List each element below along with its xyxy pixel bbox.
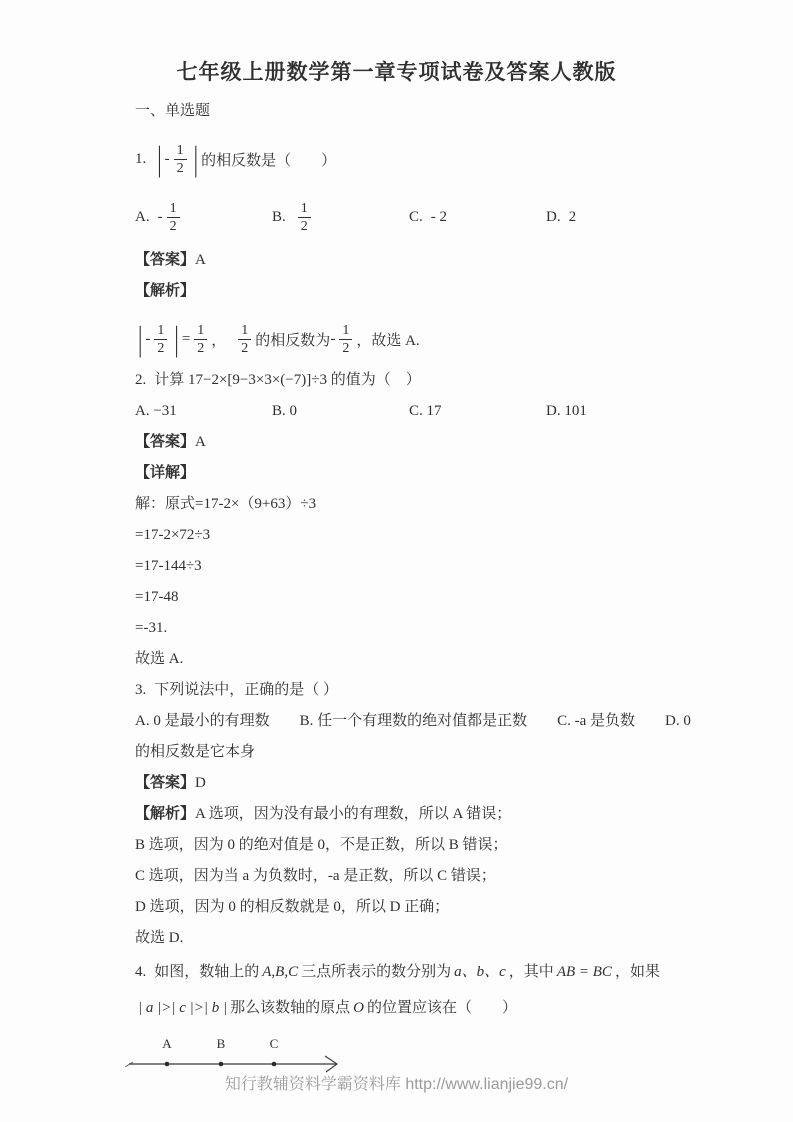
- option-b: B. 0: [272, 403, 409, 420]
- document-body: 一、单选题 1. | - 12 | 的相反数是（ ） A. - 12 B. 12…: [0, 101, 793, 1082]
- analysis-line: D 选项，因为 0 的相反数就是 0，所以 D 正确；: [135, 897, 705, 917]
- solution-line: =-31.: [135, 618, 705, 638]
- answer-value: A: [195, 252, 206, 268]
- option-label: A.: [135, 209, 150, 226]
- math-points: A,B,C: [262, 964, 298, 980]
- option-a: A. - 12: [135, 201, 272, 234]
- solution-line: =17-48: [135, 587, 705, 607]
- option-c: C. - 2: [409, 209, 546, 226]
- fraction-one-half: 12: [154, 323, 167, 356]
- document-page: 七年级上册数学第一章专项试卷及答案人教版 一、单选题 1. | - 12 | 的…: [0, 0, 793, 1122]
- solution-line: 解：原式=17-2×（9+63）÷3: [135, 494, 705, 514]
- explanation-text: 的相反数为: [255, 329, 330, 350]
- option-text: A. −31: [135, 403, 177, 420]
- question-number: 2.: [135, 372, 146, 388]
- detail-label: 【详解】: [135, 465, 195, 481]
- solution-line: =17-144÷3: [135, 556, 705, 576]
- watermark-footer: 知行教辅资料学霸资料库 http://www.lianjie99.cn/: [0, 1071, 793, 1094]
- question-1-stem: 1. | - 12 | 的相反数是（ ）: [135, 132, 705, 186]
- math-origin: O: [353, 1000, 364, 1016]
- explanation-text: ，故选 A.: [356, 329, 419, 350]
- question-number: 1.: [135, 151, 146, 168]
- stem-text: 的位置应该在（ ）: [367, 1000, 517, 1016]
- stem-text: 下列说法中，正确的是（ ）: [154, 682, 338, 698]
- answer-label: 【答案】: [135, 252, 195, 268]
- stem-text: 计算 17−2×[9−3×3×(−7)]÷3 的值为（ ）: [154, 372, 420, 388]
- solution-line: =17-2×72÷3: [135, 525, 705, 545]
- question-1-answer: 【答案】A: [135, 250, 705, 270]
- analysis-line: 故选 D.: [135, 928, 705, 948]
- analysis-line: B 选项，因为 0 的绝对值是 0，不是正数，所以 B 错误；: [135, 835, 705, 855]
- stem-text: 的相反数是（ ）: [201, 149, 336, 170]
- option-text: 2: [569, 209, 577, 226]
- question-1-explanation: | - 12 | = 12 ， 12 的相反数为 - 12 ，故选 A.: [135, 312, 705, 366]
- solution-line: 故选 A.: [135, 649, 705, 669]
- question-3-answer: 【答案】D: [135, 773, 705, 793]
- answer-label: 【答案】: [135, 775, 195, 791]
- analysis-label: 【解析】: [135, 283, 195, 299]
- point-dot-a: [165, 1062, 170, 1067]
- answer-value: A: [195, 434, 206, 450]
- question-1-analysis-label: 【解析】: [135, 281, 705, 301]
- page-title: 七年级上册数学第一章专项试卷及答案人教版: [0, 0, 793, 86]
- option-label: B.: [272, 209, 286, 226]
- option-label: C.: [409, 209, 423, 226]
- question-1-options: A. - 12 B. 12 C. - 2 D. 2: [135, 190, 705, 244]
- analysis-label: 【解析】: [135, 806, 195, 822]
- question-3-analysis-line1: 【解析】A 选项，因为没有最小的有理数，所以 A 错误；: [135, 804, 705, 824]
- question-4-stem-line2: | a |>| c |>| b |那么该数轴的原点O的位置应该在（ ）: [135, 995, 705, 1021]
- stem-text: 如图，数轴上的: [154, 964, 259, 980]
- point-dot-b: [219, 1062, 224, 1067]
- question-2-options: A. −31 B. 0 C. 17 D. 101: [135, 401, 705, 421]
- fraction-one-half: 12: [167, 201, 180, 234]
- answer-label: 【答案】: [135, 434, 195, 450]
- question-2-stem: 2.计算 17−2×[9−3×3×(−7)]÷3 的值为（ ）: [135, 370, 705, 390]
- abs-bar: |: [138, 318, 142, 360]
- minus-sign: -: [158, 209, 163, 226]
- option-text: C. 17: [409, 403, 442, 420]
- option-text: B. 0: [272, 403, 297, 420]
- point-label-b: B: [217, 1036, 226, 1051]
- fraction-one-half: 12: [238, 323, 251, 356]
- section-heading: 一、单选题: [135, 101, 705, 121]
- comma: ，: [211, 329, 226, 350]
- question-4-stem-line1: 4.如图，数轴上的A,B,C三点所表示的数分别为a、b、c，其中AB = BC，…: [135, 959, 705, 985]
- minus-sign: -: [330, 331, 335, 348]
- question-2-answer: 【答案】A: [135, 432, 705, 452]
- question-number: 4.: [135, 964, 146, 980]
- abs-bar: |: [194, 138, 198, 180]
- question-number: 3.: [135, 682, 146, 698]
- abs-bar: |: [157, 138, 161, 180]
- option-d: D. 101: [546, 403, 587, 420]
- fraction-one-half: 12: [339, 323, 352, 356]
- math-equation: AB = BC: [557, 964, 612, 980]
- option-d: D. 2: [546, 209, 576, 226]
- stem-text: ，如果: [615, 964, 660, 980]
- point-dot-c: [272, 1062, 277, 1067]
- minus-sign: -: [145, 331, 150, 348]
- analysis-text: A 选项，因为没有最小的有理数，所以 A 错误；: [195, 806, 511, 822]
- option-c: C. 17: [409, 403, 546, 420]
- option-text: D. 101: [546, 403, 587, 420]
- question-3-options-line1: A. 0 是最小的有理数 B. 任一个有理数的绝对值都是正数 C. -a 是负数…: [135, 711, 705, 731]
- fraction-one-half: 12: [174, 143, 187, 176]
- option-a: A. −31: [135, 403, 272, 420]
- question-3-options-line2: 的相反数是它本身: [135, 742, 705, 762]
- fraction-one-half: 12: [298, 201, 311, 234]
- question-2-detail-label: 【详解】: [135, 463, 705, 483]
- math-inequality: | a |>| c |>| b |: [138, 1000, 227, 1016]
- abs-bar: |: [174, 318, 178, 360]
- answer-value: D: [195, 775, 206, 791]
- stem-text: 那么该数轴的原点: [230, 1000, 350, 1016]
- point-label-c: C: [270, 1036, 279, 1051]
- minus-sign: -: [165, 151, 170, 168]
- point-label-a: A: [162, 1036, 172, 1051]
- question-3-stem: 3.下列说法中，正确的是（ ）: [135, 680, 705, 700]
- math-values: a、b、c: [454, 964, 506, 980]
- option-text: - 2: [431, 209, 447, 226]
- option-b: B. 12: [272, 201, 409, 234]
- equals-sign: =: [182, 331, 190, 348]
- analysis-line: C 选项，因为当 a 为负数时，-a 是正数，所以 C 错误；: [135, 866, 705, 886]
- fraction-one-half: 12: [194, 323, 207, 356]
- option-label: D.: [546, 209, 561, 226]
- stem-text: 三点所表示的数分别为: [301, 964, 451, 980]
- stem-text: ，其中: [509, 964, 554, 980]
